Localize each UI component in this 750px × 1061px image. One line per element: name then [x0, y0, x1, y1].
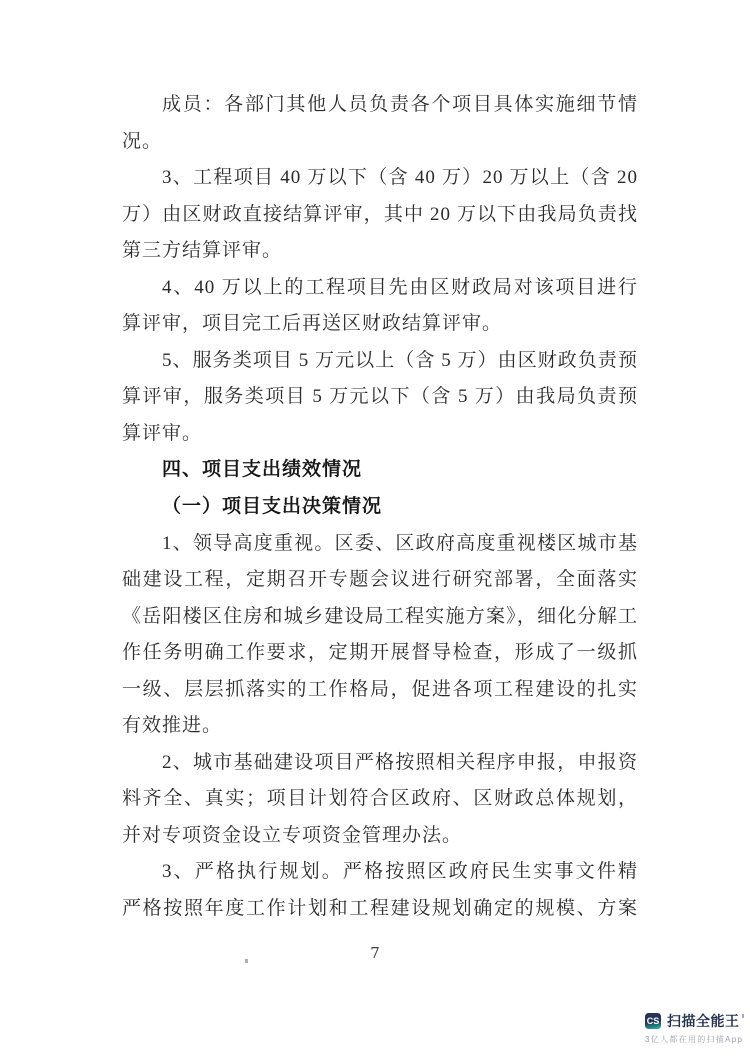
text-line: 第三方结算评审。: [122, 233, 638, 270]
text-line: 万）由区财政直接结算评审，其中 20 万以下由我局负责找: [122, 197, 638, 234]
page-number: 7: [0, 944, 750, 962]
scanned-document-page: 成员：各部门其他人员负责各个项目具体实施细节情 况。 3、工程项目 40 万以下…: [0, 0, 750, 1061]
document-body: 成员：各部门其他人员负责各个项目具体实施细节情 况。 3、工程项目 40 万以下…: [122, 87, 638, 928]
camscanner-lockup: CS 扫描全能王: [645, 1013, 744, 1029]
text-line: 2、城市基础建设项目严格按照相关程序申报，申报资: [122, 745, 638, 782]
text-line: 作任务明确工作要求，定期开展督导检查，形成了一级抓: [122, 635, 638, 672]
text-line: 5、服务类项目 5 万元以上（含 5 万）由区财政负责预: [122, 343, 638, 380]
text-line: 础建设工程，定期召开专题会议进行研究部署，全面落实: [122, 562, 638, 599]
text-line: 算评审，服务类项目 5 万元以下（含 5 万）由我局负责预: [122, 379, 638, 416]
text-line: 算评审，项目完工后再送区财政结算评审。: [122, 306, 638, 343]
text-line: 《岳阳楼区住房和城乡建设局工程实施方案》，细化分解工: [122, 599, 638, 636]
text-line: 并对专项资金设立专项资金管理办法。: [122, 818, 638, 855]
camscanner-app-name: 扫描全能王: [667, 1013, 740, 1029]
text-line: 算评审。: [122, 416, 638, 453]
text-line: 料齐全、真实；项目计划符合区政府、区财政总体规划，: [122, 781, 638, 818]
section-heading: 四、项目支出绩效情况: [122, 452, 638, 489]
text-line: 一级、层层抓落实的工作格局，促进各项工程建设的扎实: [122, 672, 638, 709]
text-line: 1、领导高度重视。区委、区政府高度重视楼区城市基: [122, 526, 638, 563]
trademark-tick-icon: [742, 1014, 744, 1018]
text-line: 3、严格执行规划。严格按照区政府民生实事文件精神，: [122, 854, 638, 891]
text-line: 严格按照年度工作计划和工程建设规划确定的规模、方案: [122, 891, 638, 928]
section-heading: （一）项目支出决策情况: [122, 489, 638, 526]
text-line: 4、40 万以上的工程项目先由区财政局对该项目进行预: [122, 270, 638, 307]
camscanner-logo-icon: CS: [645, 1013, 661, 1029]
text-line: 有效推进。: [122, 708, 638, 745]
text-line: 况。: [122, 124, 638, 161]
camscanner-tagline: 3亿人都在用的扫描App: [645, 1034, 744, 1045]
text-line: 成员：各部门其他人员负责各个项目具体实施细节情: [122, 87, 638, 124]
text-line: 3、工程项目 40 万以下（含 40 万）20 万以上（含 20: [122, 160, 638, 197]
camscanner-watermark: CS 扫描全能王 3亿人都在用的扫描App: [645, 1013, 744, 1045]
